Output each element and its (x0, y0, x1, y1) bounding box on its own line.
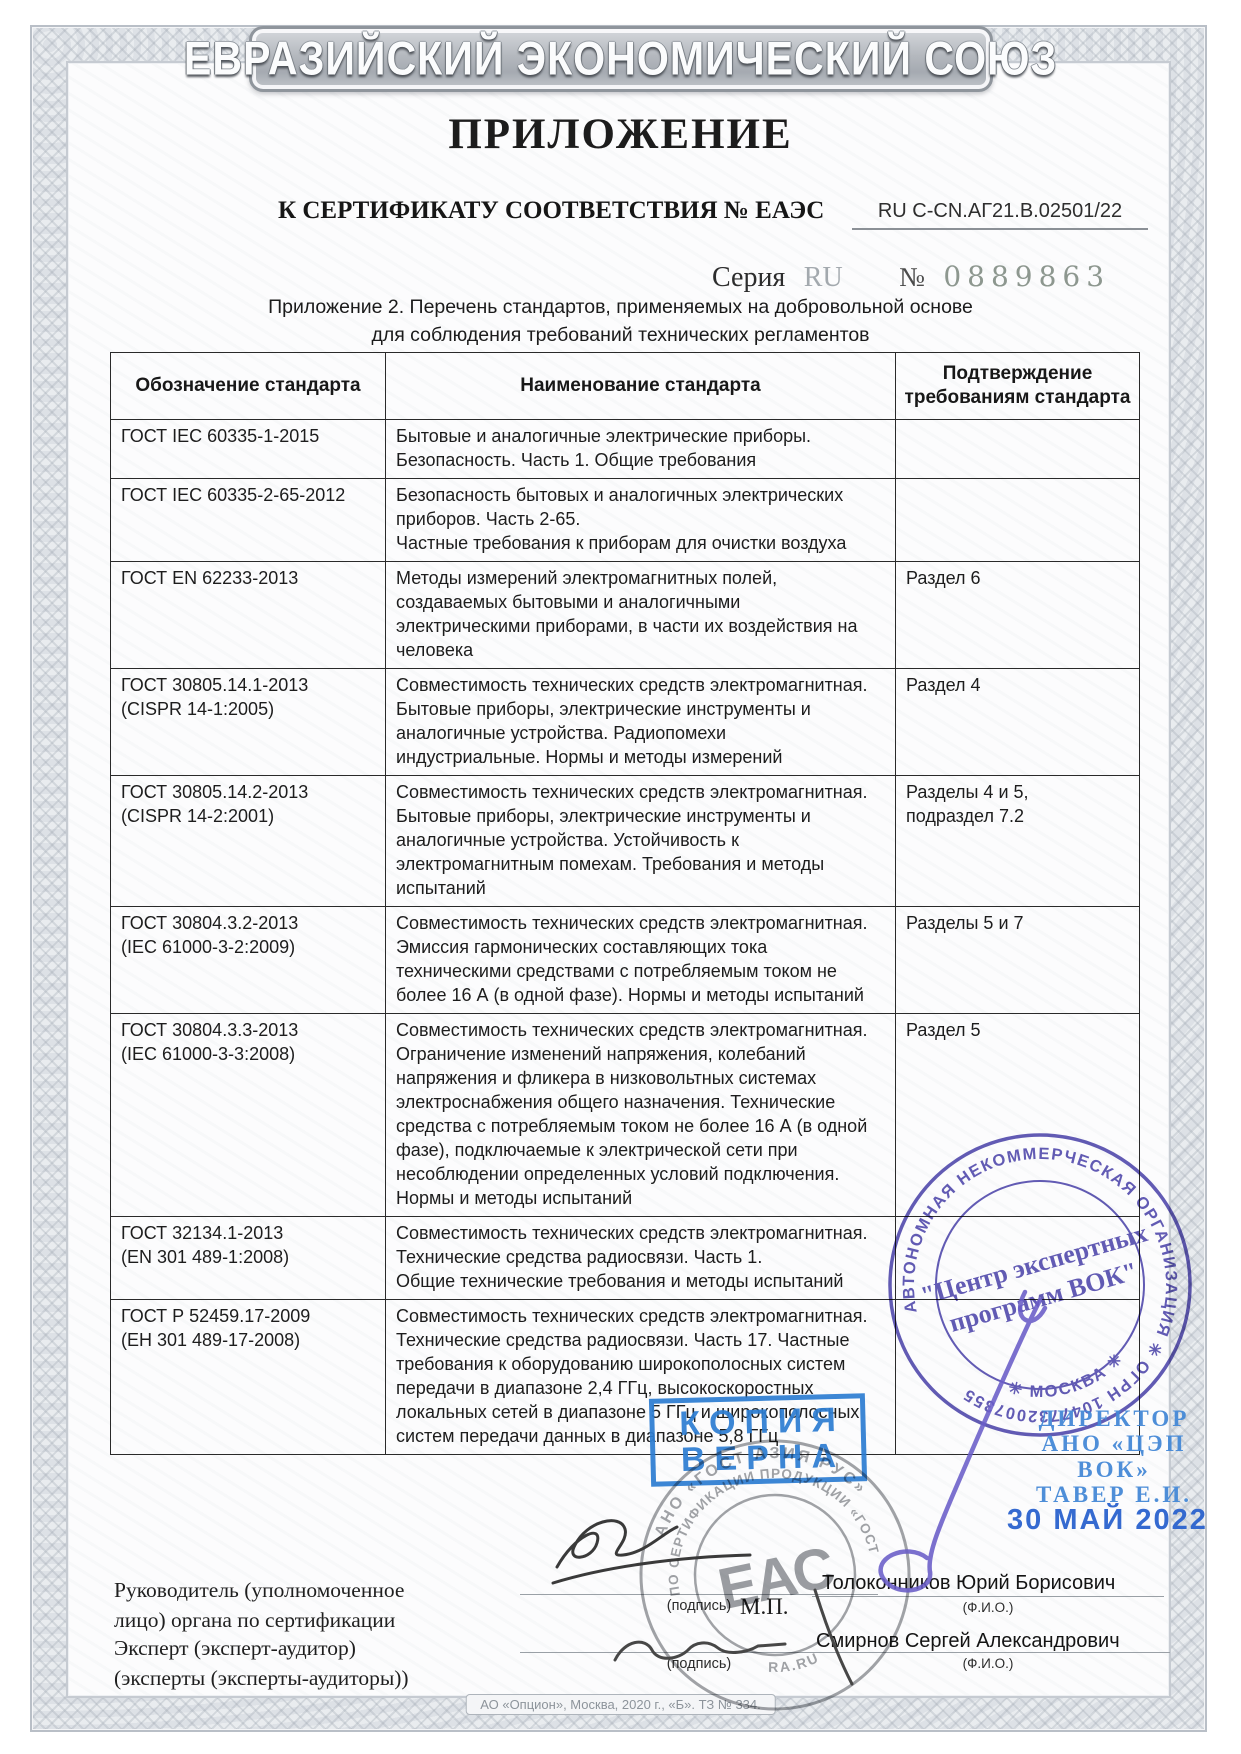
head-role-label: Руководитель (уполномоченное лицо) орган… (114, 1576, 544, 1635)
intro-line-1: Приложение 2. Перечень стандартов, приме… (0, 296, 1241, 319)
table-row: ГОСТ IEC 60335-1-2015 Бытовые и аналогич… (111, 419, 1140, 478)
table-row: ГОСТ IEC 60335-2-65-2012 Безопасность бы… (111, 478, 1140, 561)
confirmation-cell: Разделы 5 и 7 (896, 906, 1140, 1013)
certificate-number: RU C-CN.АГ21.B.02501/22 (852, 200, 1148, 230)
designation-cell: ГОСТ EN 62233-2013 (111, 561, 386, 668)
designation-cell: ГОСТ 30805.14.2-2013 (CISPR 14-2:2001) (111, 775, 386, 906)
expert-signature (600, 1582, 900, 1692)
eaeu-banner-text: ЕВРАЗИЙСКИЙ ЭКОНОМИЧЕСКИЙ СОЮЗ (184, 32, 1057, 86)
number-sign: № (899, 262, 925, 292)
confirmation-cell: Раздел 6 (896, 561, 1140, 668)
table-header-row: Обозначение стандарта Наименование станд… (111, 353, 1140, 420)
designation-cell: ГОСТ 32134.1-2013 (EN 301 489-1:2008) (111, 1216, 386, 1299)
table-row: ГОСТ 30805.14.2-2013 (CISPR 14-2:2001) С… (111, 775, 1140, 906)
designation-cell: ГОСТ IEC 60335-2-65-2012 (111, 478, 386, 561)
confirmation-cell (896, 419, 1140, 478)
confirmation-cell (896, 478, 1140, 561)
certificate-page: ЕВРАЗИЙСКИЙ ЭКОНОМИЧЕСКИЙ СОЮЗ ПРИЛОЖЕНИ… (0, 0, 1241, 1754)
table-row: ГОСТ EN 62233-2013 Методы измерений элек… (111, 561, 1140, 668)
blank-number: 0889863 (943, 260, 1110, 293)
header-designation: Обозначение стандарта (111, 353, 386, 420)
designation-cell: ГОСТ 30805.14.1-2013 (CISPR 14-1:2005) (111, 668, 386, 775)
name-cell: Бытовые и аналогичные электрические приб… (386, 419, 896, 478)
name-cell: Методы измерений электромагнитных полей,… (386, 561, 896, 668)
confirmation-cell: Раздел 4 (896, 668, 1140, 775)
designation-cell: ГОСТ 30804.3.2-2013 (IEC 61000-3-2:2009) (111, 906, 386, 1013)
name-cell: Совместимость технических средств электр… (386, 906, 896, 1013)
table-row: ГОСТ 30805.14.1-2013 (CISPR 14-1:2005) С… (111, 668, 1140, 775)
designation-cell: ГОСТ 30804.3.3-2013 (IEC 61000-3-3:2008) (111, 1013, 386, 1216)
name-cell: Совместимость технических средств электр… (386, 1013, 896, 1216)
expert-role-label: Эксперт (эксперт-аудитор) (эксперты (экс… (114, 1634, 544, 1693)
header-name: Наименование стандарта (386, 353, 896, 420)
designation-cell: ГОСТ IEC 60335-1-2015 (111, 419, 386, 478)
series-label: Серия (712, 262, 785, 293)
confirmation-cell: Разделы 4 и 5, подраздел 7.2 (896, 775, 1140, 906)
series-value: RU (804, 262, 843, 293)
series-line: Серия RU № 0889863 (712, 260, 1110, 294)
table-row: ГОСТ 30804.3.2-2013 (IEC 61000-3-2:2009)… (111, 906, 1140, 1013)
intro-line-2: для соблюдения требований технических ре… (0, 324, 1241, 347)
name-cell: Совместимость технических средств электр… (386, 1216, 896, 1299)
header-confirmation: Подтверждение требованиям стандарта (896, 353, 1140, 420)
designation-cell: ГОСТ Р 52459.17-2009 (ЕН 301 489-17-2008… (111, 1299, 386, 1454)
name-cell: Совместимость технических средств электр… (386, 775, 896, 906)
name-cell: Безопасность бытовых и аналогичных элект… (386, 478, 896, 561)
name-cell: Совместимость технических средств электр… (386, 668, 896, 775)
director-signature (835, 1280, 1065, 1610)
certificate-label: К СЕРТИФИКАТУ СООТВЕТСТВИЯ № ЕАЭС (278, 197, 824, 225)
page-title: ПРИЛОЖЕНИЕ (0, 110, 1241, 159)
eaeu-banner: ЕВРАЗИЙСКИЙ ЭКОНОМИЧЕСКИЙ СОЮЗ (249, 26, 993, 92)
